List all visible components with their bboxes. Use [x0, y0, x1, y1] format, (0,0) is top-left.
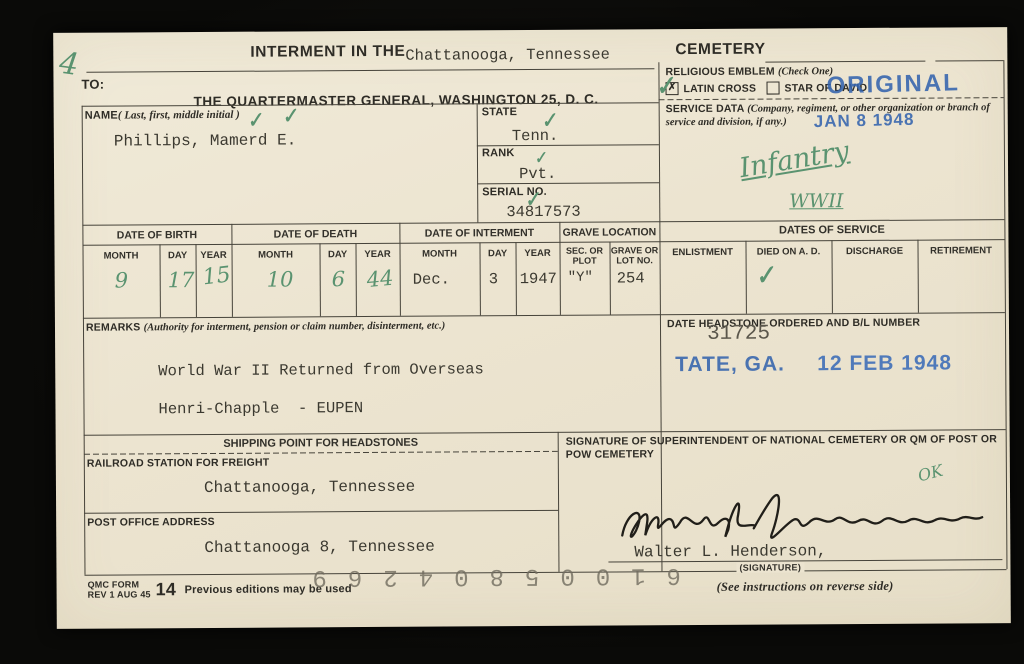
post-office-value: Chattanooga 8, Tennessee: [204, 538, 435, 557]
religious-emblem-label: RELIGIOUS EMBLEM (Check One): [665, 65, 833, 78]
shipping-title: SHIPPING POINT FOR HEADSTONES: [84, 436, 558, 451]
rule: [86, 68, 654, 72]
day-header: DAY: [320, 249, 356, 260]
handwritten-branch: Infantry: [737, 136, 851, 185]
headstone-label: DATE HEADSTONE ORDERED AND B/L NUMBER: [667, 317, 920, 331]
remarks-line2: Henri-Chapple - EUPEN: [158, 399, 363, 418]
plot-header: SEC. OR PLOT: [559, 246, 609, 266]
form-id: QMC FORMREV 1 AUG 45: [88, 580, 151, 599]
year-header: YEAR: [356, 249, 400, 260]
form-title-prefix: INTERMENT IN THE: [250, 43, 405, 62]
rule: [935, 60, 1003, 61]
signature-label: SIGNATURE OF SUPERINTENDENT OF NATIONAL …: [566, 433, 998, 462]
headstone-stamp-date: 12 FEB 1948: [817, 351, 952, 376]
grave-plot-value: "Y": [568, 270, 593, 286]
death-year-value: 44: [366, 266, 395, 292]
month-header: MONTH: [400, 248, 480, 259]
enlistment-header: ENLISTMENT: [660, 247, 746, 259]
remarks-label: REMARKS (Authority for interment, pensio…: [86, 320, 445, 334]
rule: [84, 451, 558, 455]
serial-value: 34817573: [506, 203, 581, 221]
rank-label: RANK: [482, 147, 515, 159]
birth-day-value: 17: [168, 268, 195, 292]
dates-of-service-title: DATES OF SERVICE: [659, 223, 1004, 237]
star-of-david-checkbox: [766, 81, 779, 94]
day-header: DAY: [160, 250, 196, 261]
month-header: MONTH: [83, 250, 160, 261]
handwritten-war: WWII: [789, 190, 843, 212]
year-header: YEAR: [516, 248, 560, 259]
name-label: NAME( Last, first, middle initial ): [85, 109, 240, 122]
retirement-header: RETIREMENT: [918, 245, 1005, 257]
interment-day-value: 3: [489, 270, 498, 288]
date-of-death-title: DATE OF DEATH: [231, 228, 399, 241]
discharge-header: DISCHARGE: [832, 246, 918, 258]
post-office-label: POST OFFICE ADDRESS: [87, 516, 215, 529]
death-month-value: 10: [267, 267, 294, 291]
state-label: STATE: [482, 106, 518, 118]
rule: [477, 144, 659, 146]
original-stamp: ORIGINAL: [826, 69, 960, 100]
name-value: Phillips, Mamerd E.: [114, 131, 297, 150]
signature-typed-name: Walter L. Henderson,: [634, 542, 826, 561]
interment-year-value: 1947: [520, 270, 557, 288]
remarks-line1: World War II Returned from Overseas: [158, 360, 484, 380]
form-number: 14: [156, 579, 177, 600]
lot-header: GRAVE OR LOT NO.: [609, 245, 659, 265]
to-label: TO:: [81, 77, 104, 92]
scanner-background: 4 INTERMENT IN THE Chattanooga, Tennesse…: [0, 0, 1024, 664]
state-value: Tenn.: [512, 127, 559, 145]
grave-location-title: GRAVE LOCATION: [559, 226, 659, 239]
rule: [765, 61, 925, 63]
death-day-value: 6: [332, 267, 346, 291]
checkmark: ✓: [245, 108, 265, 133]
rule: [84, 510, 558, 514]
month-header: MONTH: [232, 249, 320, 261]
reverse-side-note: (See instructions on reverse side): [717, 579, 894, 595]
railroad-label: RAILROAD STATION FOR FREIGHT: [87, 457, 270, 470]
latin-cross-label: LATIN CROSS: [684, 83, 757, 95]
rule: [558, 432, 560, 572]
interment-record-card: 4 INTERMENT IN THE Chattanooga, Tennesse…: [53, 27, 1011, 629]
rule: [477, 182, 659, 184]
handwritten-corner-number: 4: [57, 46, 81, 83]
died-on-ad-header: DIED ON A. D.: [746, 246, 832, 258]
date-of-interment-title: DATE OF INTERMENT: [399, 227, 559, 240]
form-title-suffix: CEMETERY: [675, 41, 765, 60]
year-header: YEAR: [196, 250, 232, 261]
birth-year-value: 15: [201, 262, 232, 290]
cemetery-name-value: Chattanooga, Tennessee: [405, 46, 610, 65]
grave-lot-value: 254: [617, 269, 645, 287]
headstone-stamp-place: TATE, GA.: [675, 352, 785, 377]
rule: [82, 106, 86, 575]
addressee: THE QUARTERMASTER GENERAL, WASHINGTON 25…: [194, 92, 599, 109]
day-header: DAY: [480, 248, 516, 259]
rule: [477, 103, 479, 222]
interment-month-value: Dec.: [413, 271, 450, 289]
headstone-number: 31725: [707, 323, 770, 346]
birth-month-value: 9: [115, 268, 129, 292]
service-date-stamp: JAN 8 1948: [814, 110, 915, 132]
date-of-birth-title: DATE OF BIRTH: [82, 229, 231, 242]
railroad-value: Chattanooga, Tennessee: [204, 478, 415, 497]
rank-value: Pvt.: [519, 165, 556, 183]
signature-caption: (SIGNATURE): [736, 562, 804, 572]
checkmark: ✓: [752, 259, 778, 292]
upside-down-stamp-number: 61005804269: [291, 561, 681, 590]
